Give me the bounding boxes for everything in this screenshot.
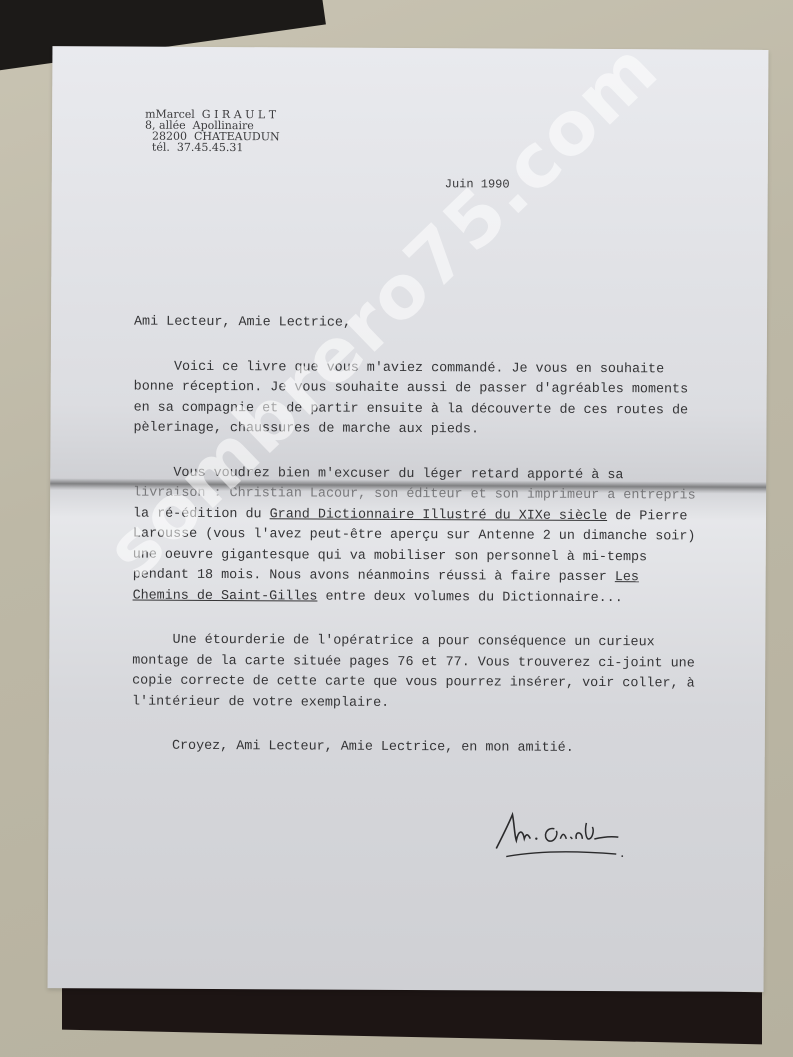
paragraph-3-line: Une étourderie de l'opératrice a pour co… (132, 631, 772, 655)
sender-phone: tél. 37.45.45.31 (145, 142, 280, 154)
closing: Croyez, Ami Lecteur, Amie Lectrice, en m… (132, 737, 772, 761)
salutation: Ami Lecteur, Amie Lectrice, (134, 313, 774, 337)
letter-body: Ami Lecteur, Amie Lectrice, Voici ce liv… (132, 313, 774, 761)
sender-address-block: mMarcel G I R A U L T 8, allée Apollinai… (145, 109, 280, 154)
book-title-chemins-part2: Chemins de Saint-Gilles (133, 588, 318, 604)
text: pendant 18 mois. Nous avons néanmoins ré… (133, 568, 615, 586)
text: entre deux volumes du Dictionnaire... (317, 589, 622, 606)
paragraph-2-line: Larousse (vous l'avez peut-être aperçu s… (133, 525, 773, 549)
paragraph-2-line: Chemins de Saint-Gilles entre deux volum… (133, 586, 773, 610)
text: de Pierre (607, 509, 687, 524)
paragraph-2-line: pendant 18 mois. Nous avons néanmoins ré… (133, 566, 773, 590)
book-title-dictionnaire: Grand Dictionnaire Illustré du XIXe sièc… (270, 507, 608, 524)
paragraph-3-line: copie correcte de cette carte que vous p… (132, 672, 772, 696)
paragraph-3-line: l'intérieur de votre exemplaire. (132, 692, 772, 716)
book-title-chemins-part1: Les (615, 570, 639, 585)
signature (488, 800, 628, 861)
